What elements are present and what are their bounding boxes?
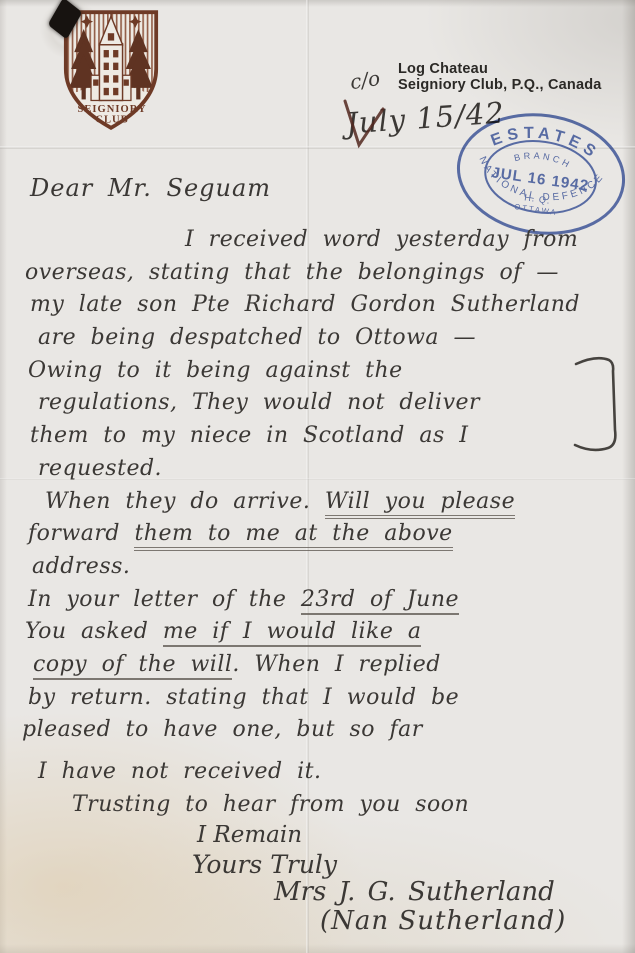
letter-line: overseas, stating that the belongings of…	[25, 257, 635, 290]
letter-text: In your letter of the	[28, 587, 301, 612]
signature-name: Mrs J. G. Sutherland	[274, 877, 555, 907]
letter-line: copy of the will. When I replied	[33, 649, 635, 682]
letter-line: address.	[32, 551, 635, 584]
letter-line: forward them to me at the above	[28, 518, 635, 551]
letterhead-address-line1: Log Chateau	[398, 61, 602, 77]
letter-text: You asked	[25, 619, 163, 644]
letter-text: When they do arrive.	[45, 489, 325, 514]
letter-text: I received word yesterday from	[185, 227, 578, 252]
letter-text: address.	[32, 554, 130, 579]
letterhead-address: Log Chateau Seigniory Club, P.Q., Canada	[398, 61, 602, 93]
letter-line: my late son Pte Richard Gordon Sutherlan…	[30, 289, 635, 322]
logo-text-line1: SEIGNIORY	[77, 104, 146, 115]
closing-yours-truly: Yours Truly	[192, 850, 337, 879]
signature-alt-name: (Nan Sutherland)	[320, 906, 566, 936]
stamp-city-text: OTTAWA	[514, 202, 558, 217]
letter-line: You asked me if I would like a	[25, 616, 635, 649]
check-mark	[341, 97, 387, 151]
letter-text: forward	[28, 521, 134, 546]
letter-line: are being despatched to Ottowa —	[38, 322, 635, 355]
letter-line: I received word yesterday from	[185, 224, 635, 257]
letter-line: In your letter of the 23rd of June	[28, 584, 635, 617]
letter-text: Owing to it being against the	[28, 358, 403, 383]
letter-text: Trusting to hear from you soon	[72, 792, 469, 817]
closing-i-remain: I Remain	[197, 822, 302, 848]
margin-bracket-mark	[570, 352, 622, 462]
salutation: Dear Mr. Seguam	[30, 174, 271, 202]
logo-text-line2: CLUB	[95, 115, 128, 126]
underlined-text: me if I would like a	[163, 619, 422, 647]
letter-text: pleased to have one, but so far	[22, 717, 423, 742]
letter-text: are being despatched to Ottowa —	[38, 325, 476, 350]
letter-line: When they do arrive. Will you please	[45, 486, 635, 519]
letter-line: regulations, They would not deliver	[38, 387, 635, 420]
letter-text: regulations, They would not deliver	[38, 390, 480, 415]
care-of-note: c/o	[348, 66, 381, 94]
underlined-text: 23rd of June	[301, 587, 459, 615]
letter-line: I have not received it.	[38, 756, 635, 789]
letter-line: Trusting to hear from you soon	[72, 789, 635, 822]
letter-text: I have not received it.	[38, 759, 321, 784]
letter-line: them to my niece in Scotland as I	[30, 420, 635, 453]
letter-text: by return. stating that I would be	[28, 685, 459, 710]
underlined-text: them to me at the above	[134, 521, 452, 551]
letter-text: overseas, stating that the belongings of…	[25, 260, 559, 285]
letterhead-address-line2: Seigniory Club, P.Q., Canada	[398, 77, 602, 93]
letter-text: my late son Pte Richard Gordon Sutherlan…	[30, 292, 580, 317]
underlined-text: Will you please	[325, 489, 515, 519]
letter-line: by return. stating that I would be	[28, 682, 635, 715]
underlined-text: copy of the will	[33, 652, 232, 680]
letter-text: them to my niece in Scotland as I	[30, 423, 468, 448]
letter-text: . When I replied	[232, 652, 440, 677]
scanned-letter-page: SEIGNIORY CLUB c/o Log Chateau Seigniory…	[0, 0, 635, 953]
letter-line: pleased to have one, but so far	[22, 714, 635, 747]
letter-line: requested.	[38, 453, 635, 486]
letter-body: I received word yesterday from overseas,…	[0, 224, 635, 821]
letter-text: requested.	[38, 456, 162, 481]
letter-line: Owing to it being against the	[28, 355, 635, 388]
